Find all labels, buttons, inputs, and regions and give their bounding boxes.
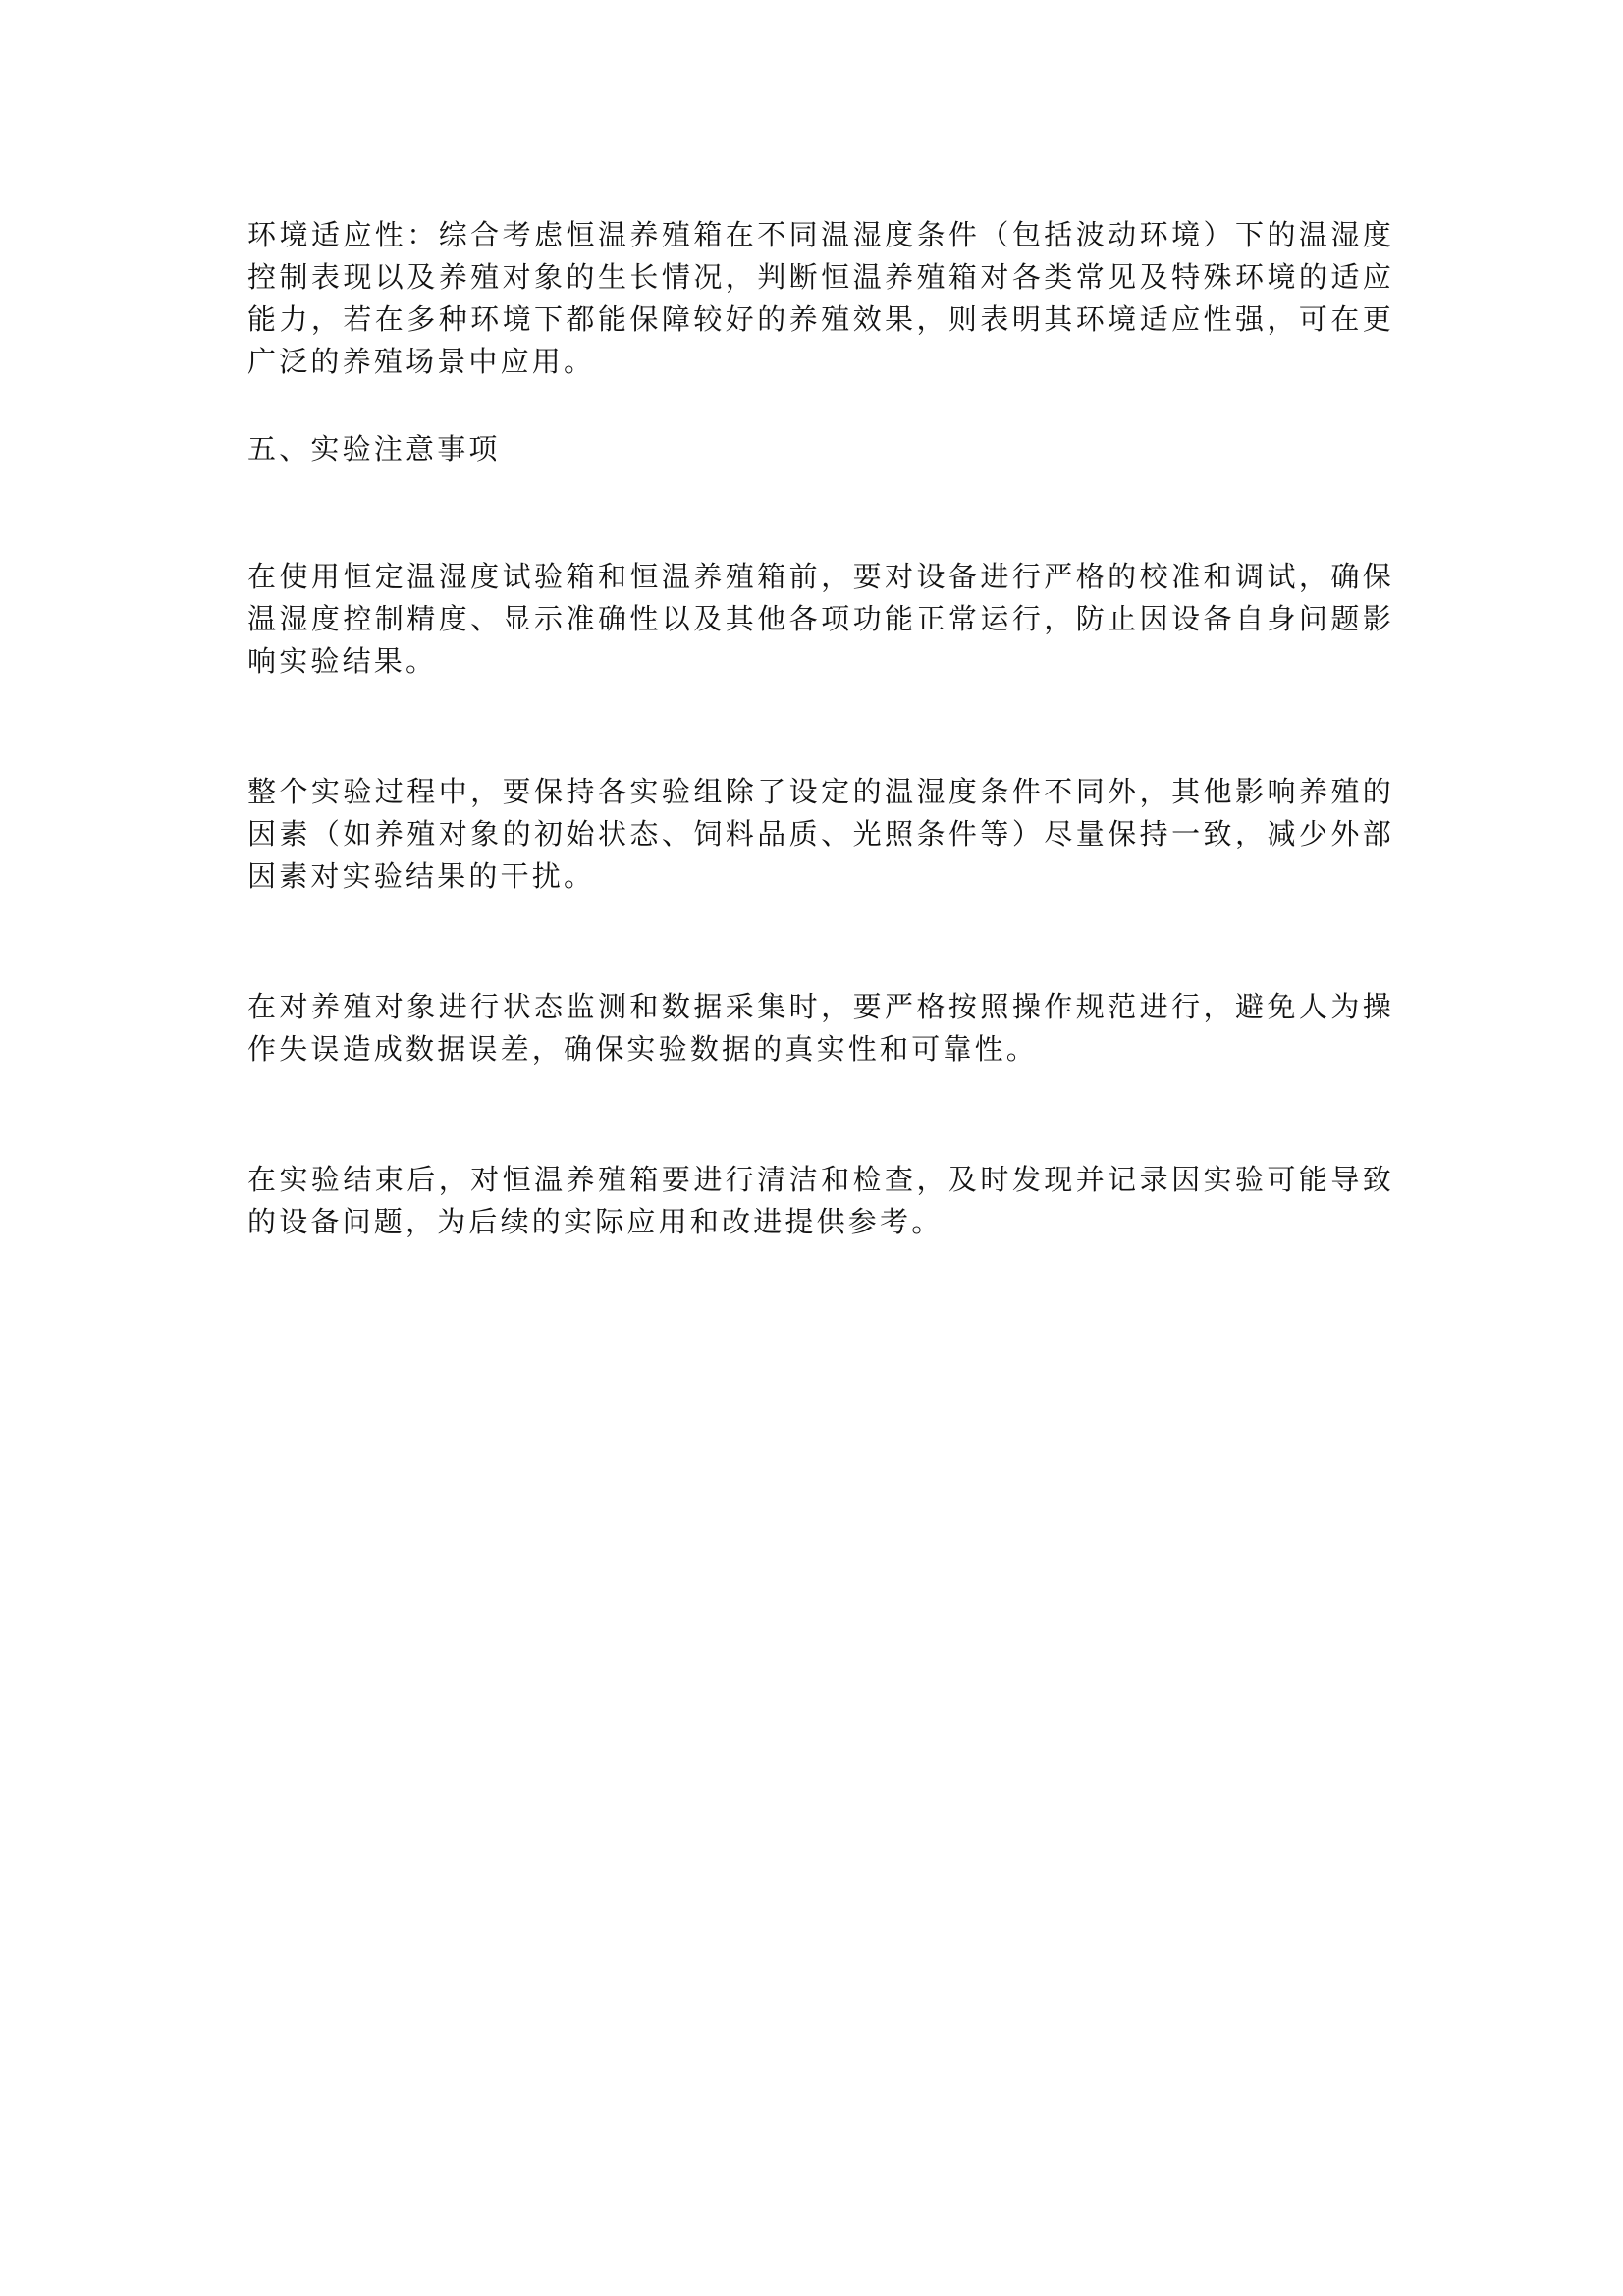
paragraph-environment-adaptability: 环境适应性：综合考虑恒温养殖箱在不同温湿度条件（包括波动环境）下的温湿度控制表现… — [247, 214, 1394, 383]
paragraph-precaution-cleanup: 在实验结束后，对恒温养殖箱要进行清洁和检查，及时发现并记录因实验可能导致的设备问… — [247, 1159, 1394, 1243]
paragraph-precaution-calibration: 在使用恒定温湿度试验箱和恒温养殖箱前，要对设备进行严格的校准和调试，确保温湿度控… — [247, 556, 1394, 683]
paragraph-precaution-data-collection: 在对养殖对象进行状态监测和数据采集时，要严格按照操作规范进行，避免人为操作失误造… — [247, 986, 1394, 1070]
document-page: 环境适应性：综合考虑恒温养殖箱在不同温湿度条件（包括波动环境）下的温湿度控制表现… — [247, 214, 1394, 1243]
paragraph-precaution-consistency: 整个实验过程中，要保持各实验组除了设定的温湿度条件不同外，其他影响养殖的因素（如… — [247, 771, 1394, 898]
section-heading-precautions: 五、实验注意事项 — [247, 428, 1394, 470]
